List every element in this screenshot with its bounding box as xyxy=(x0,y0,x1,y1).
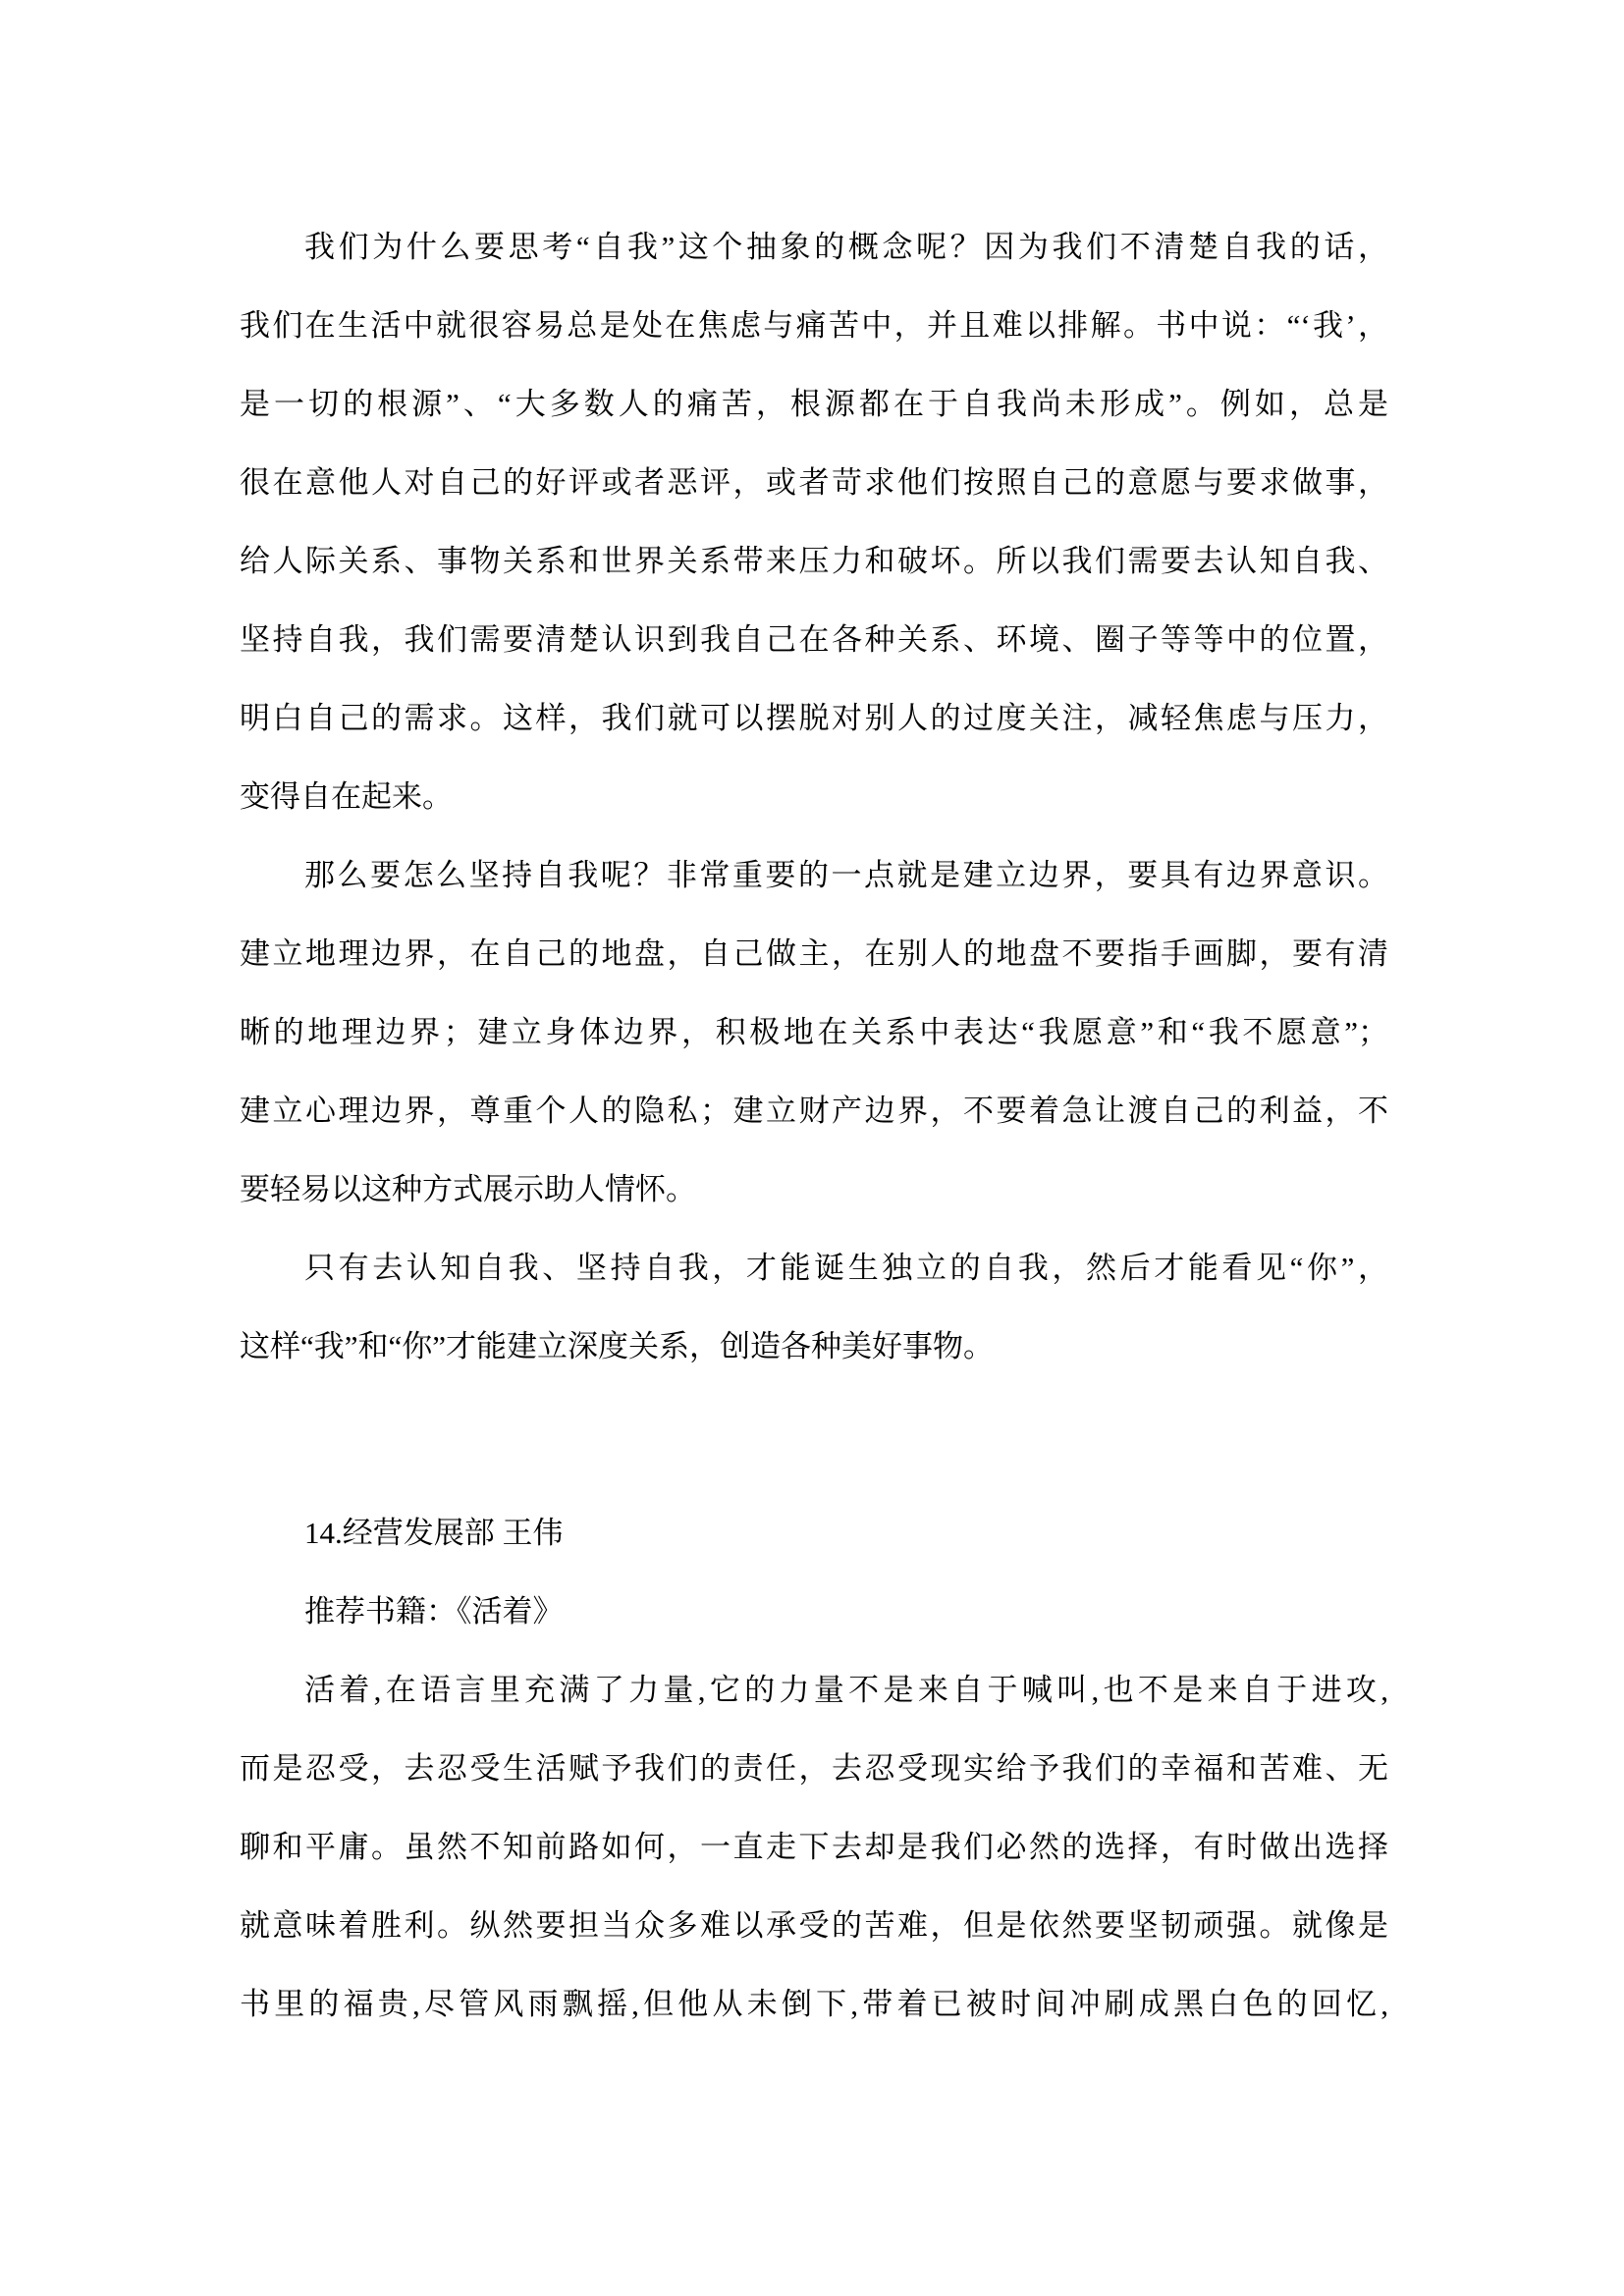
text-line: 给人际关系、事物关系和世界关系带来压力和破坏。所以我们需要去认知自我、 xyxy=(240,522,1388,601)
section-gap xyxy=(240,1386,1388,1494)
paragraph-build-boundaries: 那么要怎么坚持自我呢？非常重要的一点就是建立边界，要具有边界意识。建立地理边界，… xyxy=(240,836,1388,1229)
text-line: 明白自己的需求。这样，我们就可以摆脱对别人的过度关注，减轻焦虑与压力， xyxy=(240,679,1388,758)
text-line: 书里的福贵,尽管风雨飘摇,但他从未倒下,带着已被时间冲刷成黑白色的回忆, xyxy=(240,1965,1388,2044)
text-line: 建立心理边界，尊重个人的隐私；建立财产边界，不要着急让渡自己的利益，不 xyxy=(240,1072,1388,1150)
heading-line: 推荐书籍：《活着》 xyxy=(240,1573,1388,1651)
entry-heading-dept-author: 14.经营发展部 王伟 xyxy=(240,1494,1388,1573)
text-line: 很在意他人对自己的好评或者恶评，或者苛求他们按照自己的意愿与要求做事， xyxy=(240,444,1388,522)
text-line: 建立地理边界，在自己的地盘，自己做主，在别人的地盘不要指手画脚，要有清 xyxy=(240,915,1388,993)
paragraph-to-live: 活着,在语言里充满了力量,它的力量不是来自于喊叫,也不是来自于进攻,而是忍受，去… xyxy=(240,1651,1388,2044)
heading-line: 14.经营发展部 王伟 xyxy=(240,1494,1388,1573)
text-line: 我们在生活中就很容易总是处在焦虑与痛苦中，并且难以排解。书中说：“‘我’， xyxy=(240,287,1388,365)
text-line: 那么要怎么坚持自我呢？非常重要的一点就是建立边界，要具有边界意识。 xyxy=(240,836,1388,915)
text-line: 这样“我”和“你”才能建立深度关系，创造各种美好事物。 xyxy=(240,1308,1388,1386)
text-line: 我们为什么要思考“自我”这个抽象的概念呢？因为我们不清楚自我的话， xyxy=(240,208,1388,287)
text-line: 要轻易以这种方式展示助人情怀。 xyxy=(240,1150,1388,1229)
text-line: 变得自在起来。 xyxy=(240,758,1388,836)
text-line: 活着,在语言里充满了力量,它的力量不是来自于喊叫,也不是来自于进攻, xyxy=(240,1651,1388,1730)
text-line: 是一切的根源”、“大多数人的痛苦，根源都在于自我尚未形成”。例如，总是 xyxy=(240,365,1388,444)
text-line: 只有去认知自我、坚持自我，才能诞生独立的自我，然后才能看见“你”， xyxy=(240,1229,1388,1308)
text-line: 而是忍受，去忍受生活赋予我们的责任，去忍受现实给予我们的幸福和苦难、无 xyxy=(240,1730,1388,1808)
text-line: 坚持自我，我们需要清楚认识到我自己在各种关系、环境、圈子等等中的位置， xyxy=(240,601,1388,679)
paragraph-why-think-about-self: 我们为什么要思考“自我”这个抽象的概念呢？因为我们不清楚自我的话，我们在生活中就… xyxy=(240,208,1388,836)
document-page: 我们为什么要思考“自我”这个抽象的概念呢？因为我们不清楚自我的话，我们在生活中就… xyxy=(0,0,1624,2044)
paragraph-see-you: 只有去认知自我、坚持自我，才能诞生独立的自我，然后才能看见“你”，这样“我”和“… xyxy=(240,1229,1388,1386)
text-line: 晰的地理边界；建立身体边界，积极地在关系中表达“我愿意”和“我不愿意”； xyxy=(240,993,1388,1072)
entry-heading-book: 推荐书籍：《活着》 xyxy=(240,1573,1388,1651)
text-line: 就意味着胜利。纵然要担当众多难以承受的苦难，但是依然要坚韧顽强。就像是 xyxy=(240,1887,1388,1965)
text-line: 聊和平庸。虽然不知前路如何，一直走下去却是我们必然的选择，有时做出选择 xyxy=(240,1808,1388,1887)
